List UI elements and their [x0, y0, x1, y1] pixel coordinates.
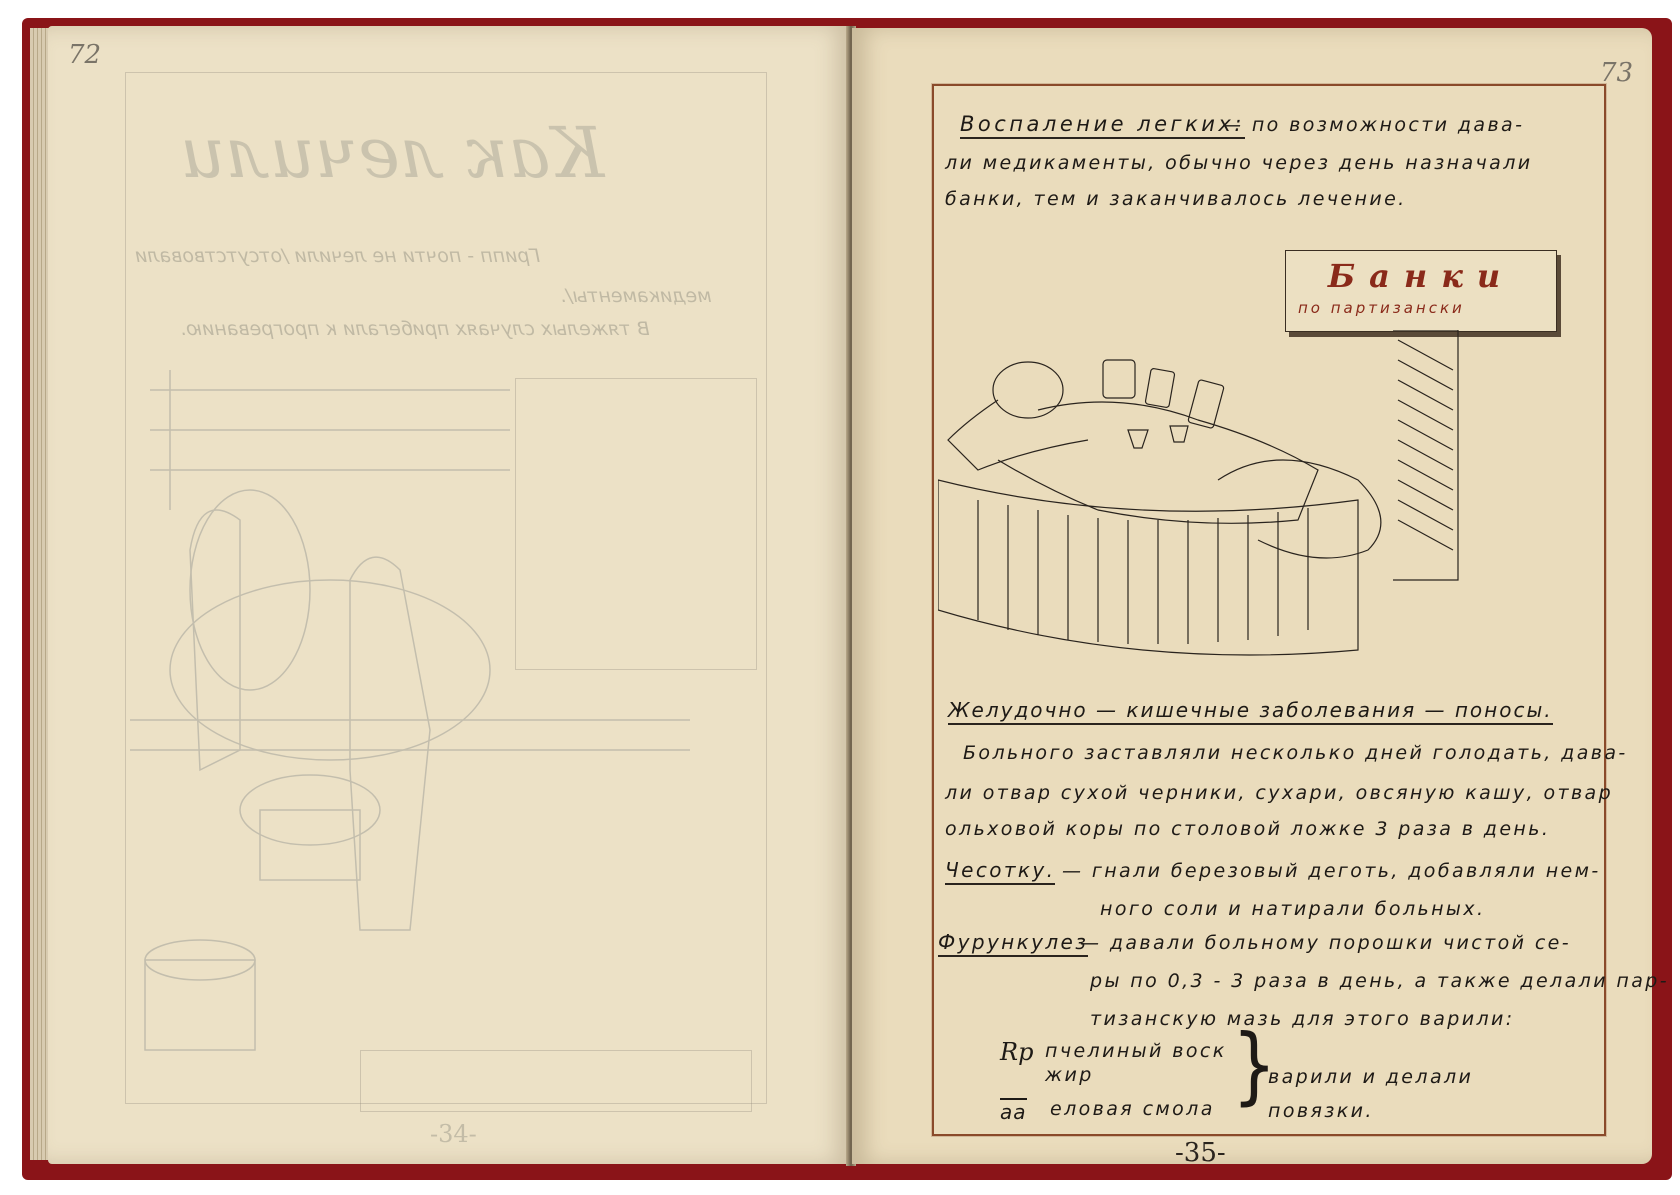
- furunculosis-line: ры по 0,3 - 3 раза в день, а также делал…: [1090, 970, 1669, 992]
- ghost-line: медикаменты/.: [560, 285, 712, 307]
- scabies-heading: Чесотку.: [945, 858, 1055, 885]
- cupping-illustration: [938, 330, 1498, 690]
- gastro-heading: Желудочно — кишечные заболевания — понос…: [948, 698, 1553, 725]
- furunculosis-line: — давали больному порошки чистой се-: [1080, 932, 1571, 954]
- pneumonia-line: — по возможности дава-: [1222, 114, 1524, 136]
- ghost-illustration: [130, 370, 750, 1070]
- scabies-line: — гнали березовый деготь, добавляли нем-: [1062, 860, 1601, 882]
- page-edges: [30, 28, 50, 1160]
- pneumonia-line: ли медикаменты, обычно через день назнач…: [945, 152, 1533, 174]
- ghost-caption-box: [360, 1050, 752, 1112]
- sign-subtitle: по партизански: [1298, 299, 1465, 317]
- pneumonia-line: банки, тем и заканчивалось лечение.: [945, 188, 1407, 210]
- recipe-result: повязки.: [1268, 1100, 1374, 1122]
- gastro-line: ольховой коры по столовой ложке 3 раза в…: [945, 818, 1550, 840]
- recipe-aa: aa: [1000, 1098, 1027, 1124]
- ghost-title: Как лечили: [180, 112, 604, 194]
- banki-sign: Банки по партизански: [1285, 250, 1557, 332]
- recipe-ingredient: жир: [1045, 1064, 1094, 1086]
- recipe-result: варили и делали: [1268, 1066, 1473, 1088]
- scabies-line: ного соли и натирали больных.: [1100, 898, 1485, 920]
- furunculosis-line: тизанскую мазь для этого варили:: [1090, 1008, 1515, 1030]
- brace: }: [1232, 1023, 1277, 1107]
- sign-title: Банки: [1286, 257, 1556, 295]
- gastro-line: Больного заставляли несколько дней голод…: [963, 742, 1628, 764]
- gastro-line: ли отвар сухой черники, сухари, овсяную …: [945, 782, 1613, 804]
- page-number: -35-: [1175, 1138, 1226, 1168]
- ghost-line: В тяжелых случаях прибегали к прогревани…: [180, 318, 650, 340]
- furunculosis-heading: Фурункулез: [938, 930, 1088, 957]
- ghost-line: Грипп - почти не лечили /отсутствовали: [135, 245, 540, 267]
- recipe-ingredient: еловая смола: [1050, 1098, 1215, 1120]
- recipe-ingredient: пчелиный воск: [1045, 1040, 1227, 1062]
- left-corner-page-number: 72: [68, 40, 101, 70]
- pneumonia-heading: Воспаление легких:: [960, 112, 1245, 139]
- ghost-page-number: -34-: [430, 1120, 477, 1148]
- recipe-rp: Rp: [1000, 1038, 1033, 1066]
